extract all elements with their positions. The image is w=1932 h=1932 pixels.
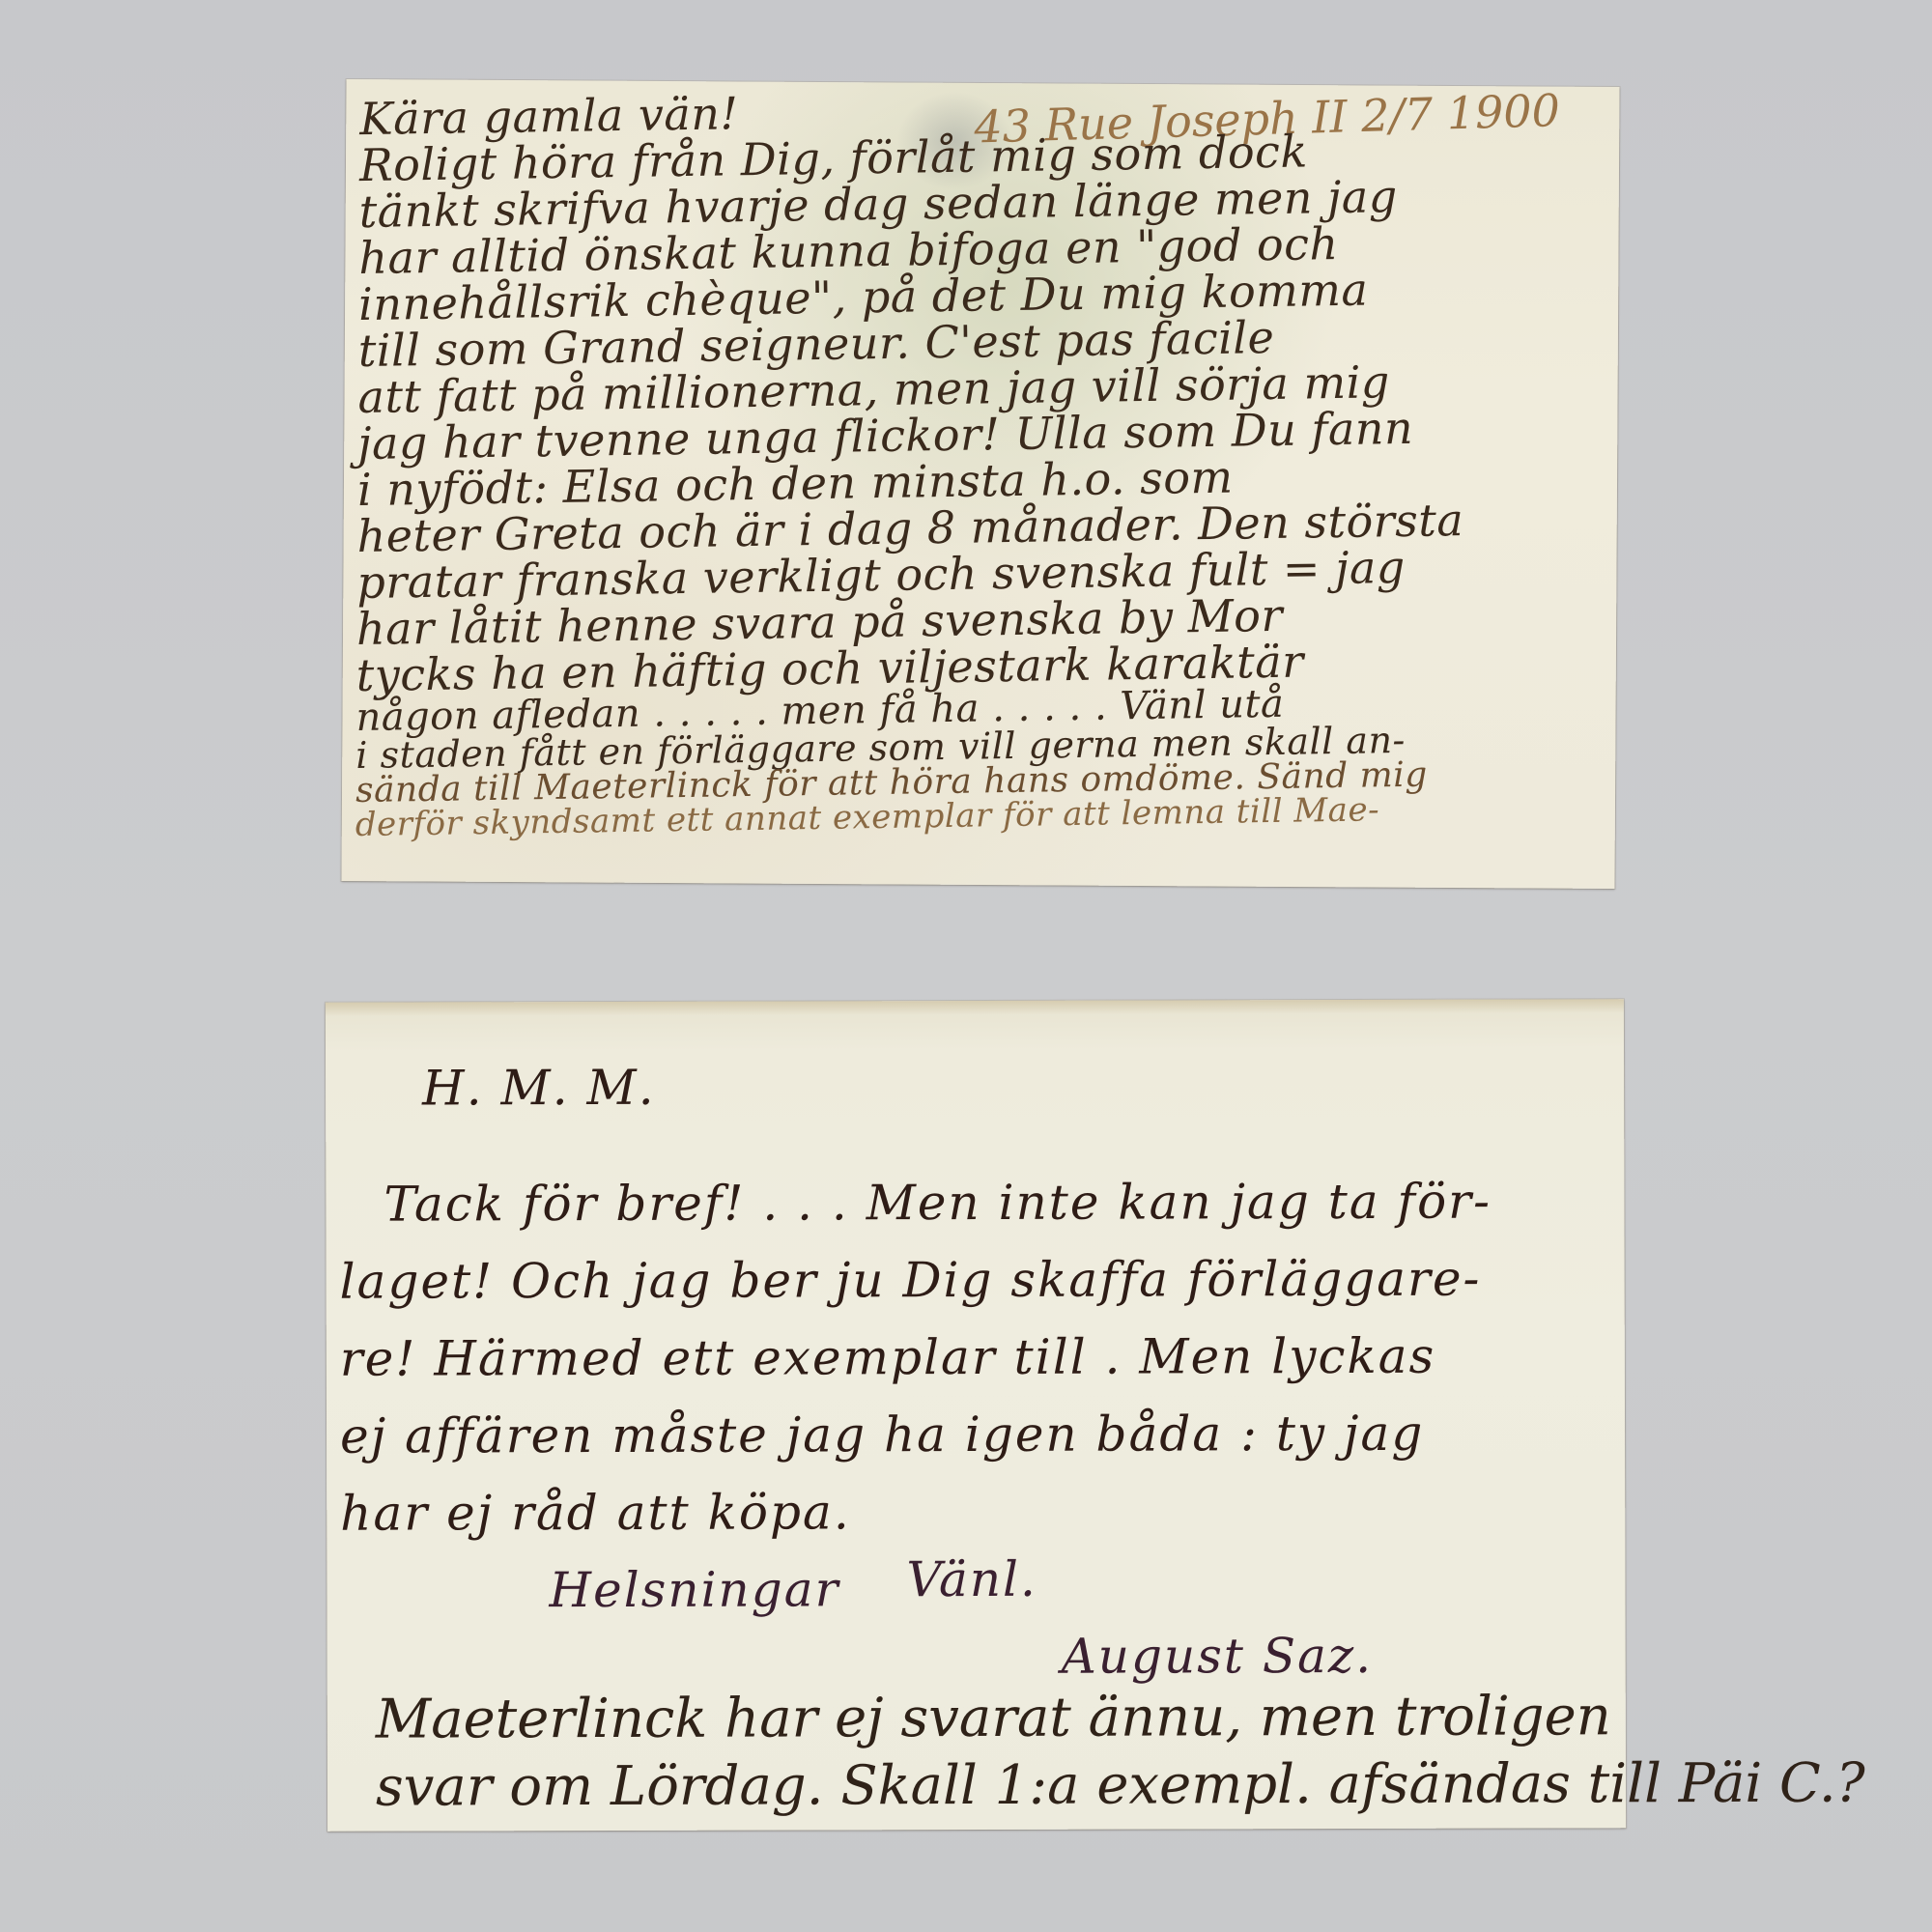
card-2-line: har ej råd att köpa.	[340, 1484, 851, 1541]
photo-background: 43 Rue Joseph II 2/7 1900 Kära gamla vän…	[0, 0, 1932, 1932]
postcard-gustaf-brand: 43 Rue Joseph II 2/7 1900 Kära gamla vän…	[341, 79, 1619, 889]
card-2-body: H. M. M. Tack för bref! . . . Men inte k…	[326, 999, 1626, 1832]
card-2-closing-word: Vänl.	[906, 1551, 1037, 1607]
card-2-line: laget! Och jag ber ju Dig skaffa förlägg…	[340, 1251, 1482, 1310]
card-2-signature: August Saz.	[1062, 1628, 1374, 1685]
card-2-line: re! Härmed ett exemplar till . Men lycka…	[340, 1328, 1436, 1387]
card-2-postscript-line: Maeterlinck har ej svarat ännu, men trol…	[376, 1685, 1611, 1750]
card-2-line: ej affären måste jag ha igen båda : ty j…	[340, 1406, 1424, 1464]
card-1-body: Kära gamla vän! Roligt höra från Dig, fö…	[341, 79, 1619, 889]
card-2-header: H. M. M.	[422, 1060, 656, 1117]
card-2-line: Tack för bref! . . . Men inte kan jag ta…	[384, 1174, 1492, 1233]
card-2-postscript-line: svar om Lördag. Skall 1:a exempl. afsänd…	[376, 1752, 1865, 1819]
postcard-august-saz: H. M. M. Tack för bref! . . . Men inte k…	[326, 999, 1626, 1832]
card-2-closing: Helsningar	[549, 1561, 839, 1618]
